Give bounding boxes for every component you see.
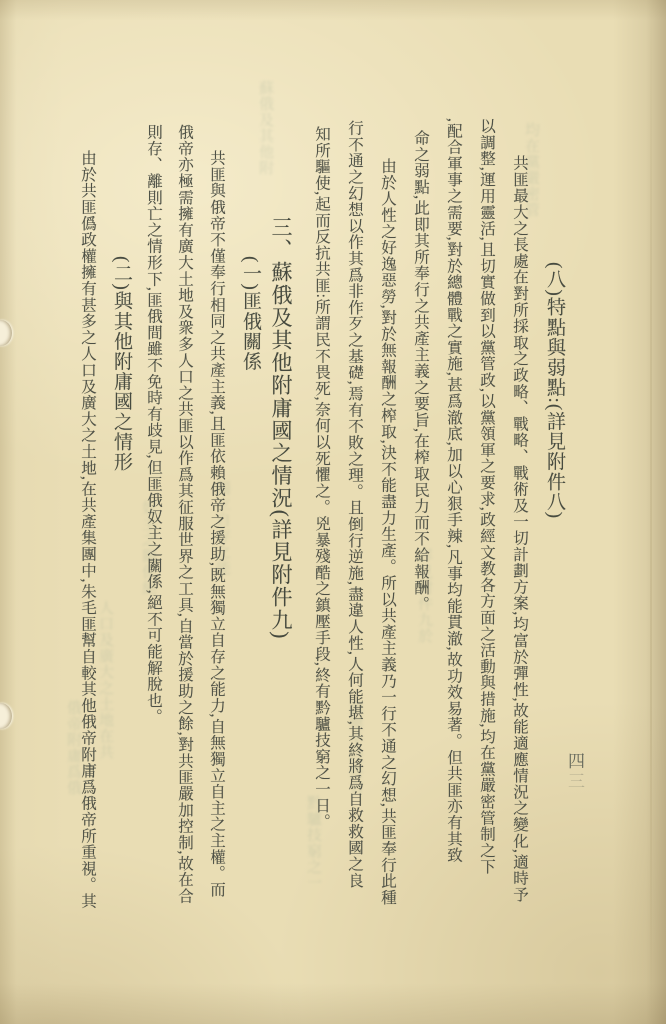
section-heading-3: 三、蘇俄及其他附庸國之情況(詳見附件九) xyxy=(266,216,296,640)
bleedthrough-ghost-text: 人口及廣大之土地在共 xyxy=(95,600,116,760)
subheading-2: (二)與其他附庸國之情形 xyxy=(108,256,135,472)
page-number: 四三 xyxy=(562,752,587,792)
document-page: 均在黨嚴密管 詳見附件九於 鎮壓手段終有 黔驢技窮之一 蘇俄及其他附 獨立自存之… xyxy=(0,0,666,1024)
bleedthrough-ghost-text: 蘇俄及其他附 xyxy=(255,80,276,176)
text-column: 行不通之幻想以作其爲非作歹之基礎,焉有不敗之理。且倒行逆施,盡違人性,人何能堪,… xyxy=(343,120,365,889)
punch-hole xyxy=(0,703,12,729)
text-column: 俄帝亦極需擁有廣大土地及衆多人口之共匪以作爲其征服世界之工具,自當於援助之餘,對… xyxy=(173,124,195,904)
text-column: 由於共匪僞政權擁有甚多之人口及廣大之土地,在共產集團中,朱毛匪幫自較其他俄帝附庸… xyxy=(76,150,98,909)
text-column: 共匪最大之長處在對所採取之政略、戰略、戰術及一切計劃方案,均富於彈性,故能適應情… xyxy=(508,155,530,903)
text-column: 由於人性之好逸惡勞,對於無報酬之榨取,決不能盡力生產。所以共產主義乃一行不通之幻… xyxy=(376,158,398,906)
text-column: 知所驅使,起而反抗共匪:所謂民不畏死,奈何以死懼之。兇暴殘酷之鎮壓手段,終有黔驢… xyxy=(310,126,332,830)
text-column: ,配合軍事之需要,對於總體戰之實施,甚爲澈底,加以心狠手辣,凡事均能貫澈,故功效… xyxy=(442,118,464,863)
page-number-main: 四 xyxy=(565,752,584,772)
text-column: 命之弱點,此即其所奉行之共產主義之要旨,在榨取民力而不給報酬。 xyxy=(409,130,431,612)
text-column: 共匪與俄帝不僅奉行相同之共產主義,且匪依賴俄帝之援助,既無獨立自存之能力,自無獨… xyxy=(205,150,227,898)
subheading-section-8: (八)特點與弱點:(詳見附件八) xyxy=(541,262,568,519)
punch-hole xyxy=(0,320,12,346)
text-column: 以調整,運用靈活,且切實做到以黨管政,以黨領軍之要求,政經文教各方面之活動與措施… xyxy=(475,118,497,875)
page-number-faint: 三 xyxy=(565,772,584,792)
text-column: 則存、離則亡之情形下,匪俄間雖不免時有歧見,但匪俄奴主之關係,絕不可能解脫也。 xyxy=(142,124,164,725)
paper-crease xyxy=(650,0,652,1024)
subheading-1: (一)匪俄關係 xyxy=(237,256,264,371)
